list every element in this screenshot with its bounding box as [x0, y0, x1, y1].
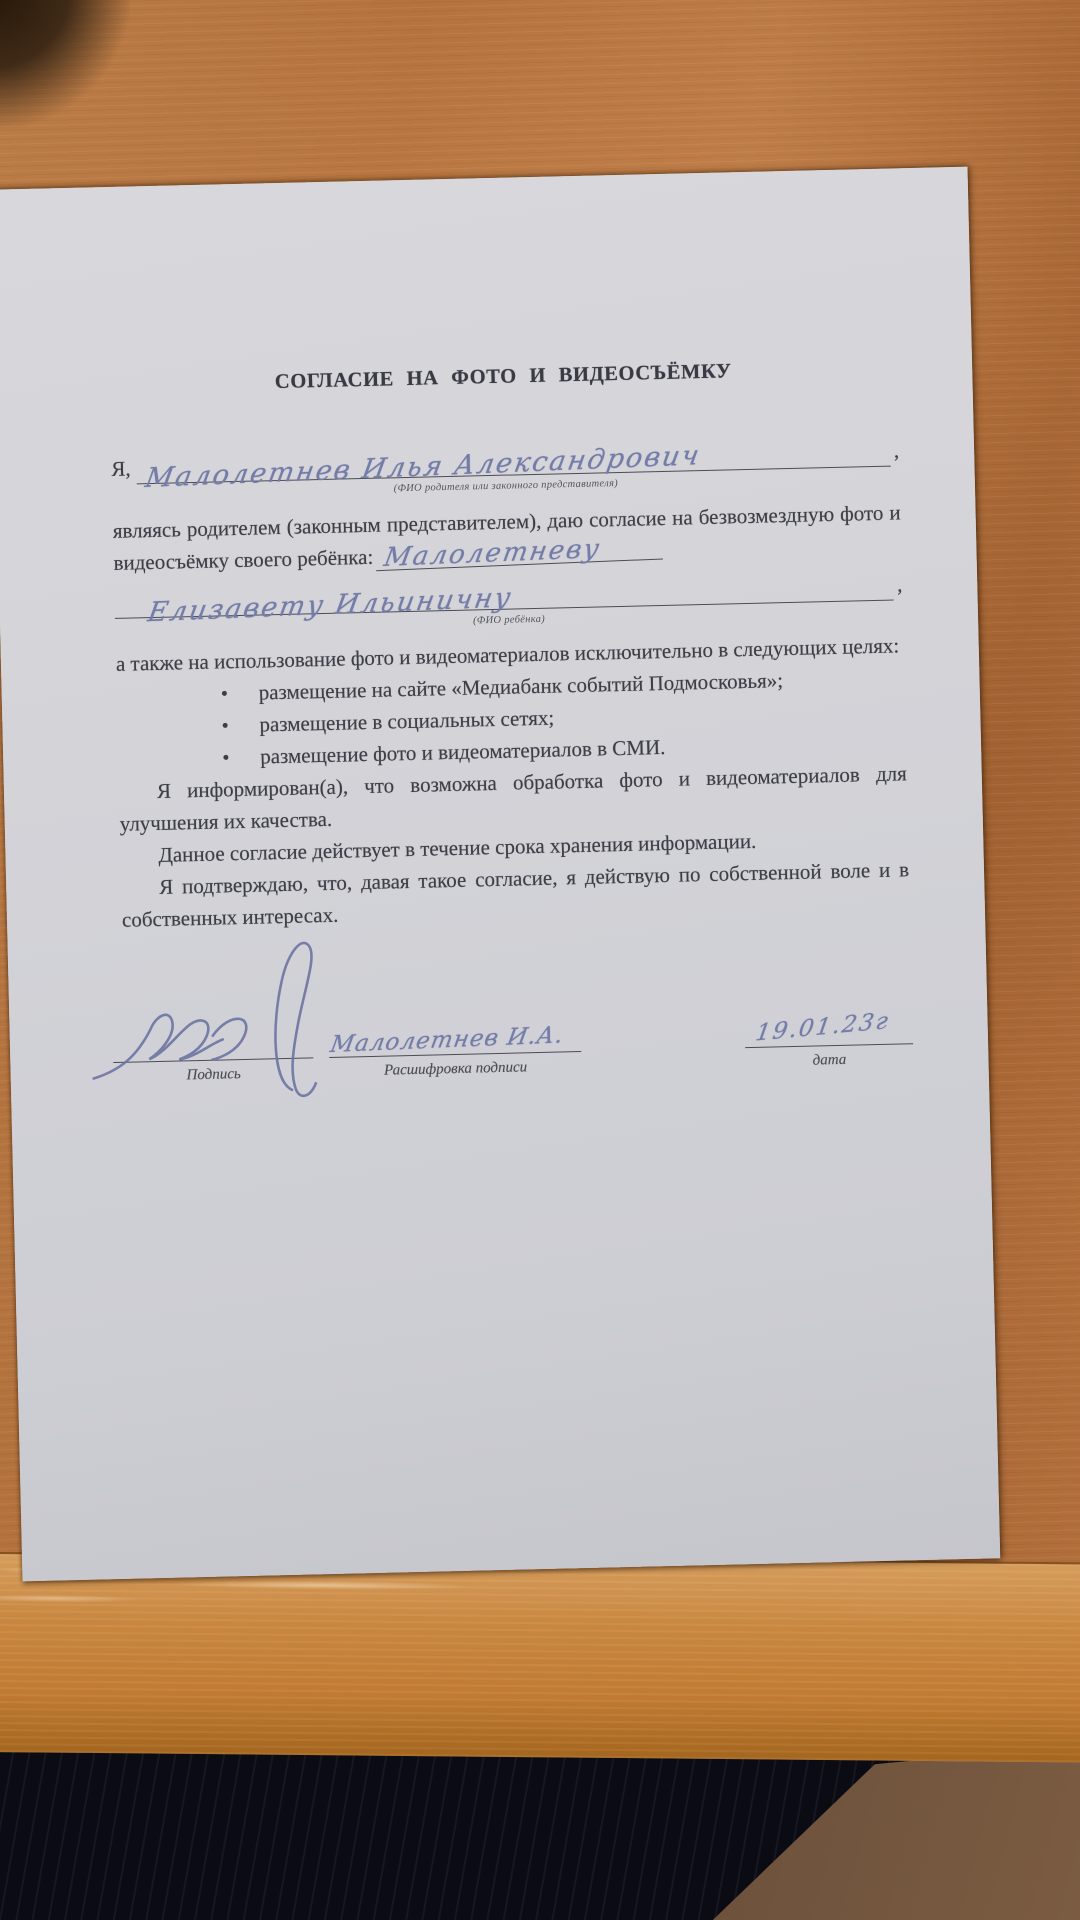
photo-scene: СОГЛАСИЕ НА ФОТО И ВИДЕОСЪЁМКУ Я, Малоле… — [0, 0, 1080, 1920]
corner-shadow — [0, 0, 130, 130]
signature-scribble — [88, 931, 404, 1116]
table-front-edge — [0, 1552, 1080, 1762]
purposes-list: • размещение на сайте «Медиабанк событий… — [116, 661, 906, 776]
document-title: СОГЛАСИЕ НА ФОТО И ВИДЕОСЪЁМКУ — [109, 354, 897, 399]
purpose-item-text: размещение в социальных сетях; — [259, 706, 554, 737]
consent-form-paper: СОГЛАСИЕ НА ФОТО И ВИДЕОСЪЁМКУ Я, Малоле… — [0, 167, 1000, 1582]
date-line: 19.01.23г — [744, 986, 913, 1048]
date-column: 19.01.23г дата — [744, 986, 914, 1071]
purpose-item-text: размещение фото и видеоматериалов в СМИ. — [260, 735, 666, 769]
date-handwriting: 19.01.23г — [753, 1005, 892, 1049]
child-comma: , — [897, 568, 903, 600]
intro-comma: , — [894, 434, 900, 466]
intro-prefix: Я, — [111, 452, 131, 484]
bullet-dot-icon: • — [222, 741, 230, 773]
signature-section: Подпись Малолетнев И.А. Расшифровка подп… — [123, 939, 914, 1086]
date-label: дата — [745, 1049, 913, 1071]
bullet-dot-icon: • — [221, 709, 229, 741]
child-name-handwriting-1: Малолетневу — [376, 536, 666, 571]
signature-column: Подпись — [112, 1000, 314, 1086]
bullet-dot-icon: • — [220, 677, 228, 709]
